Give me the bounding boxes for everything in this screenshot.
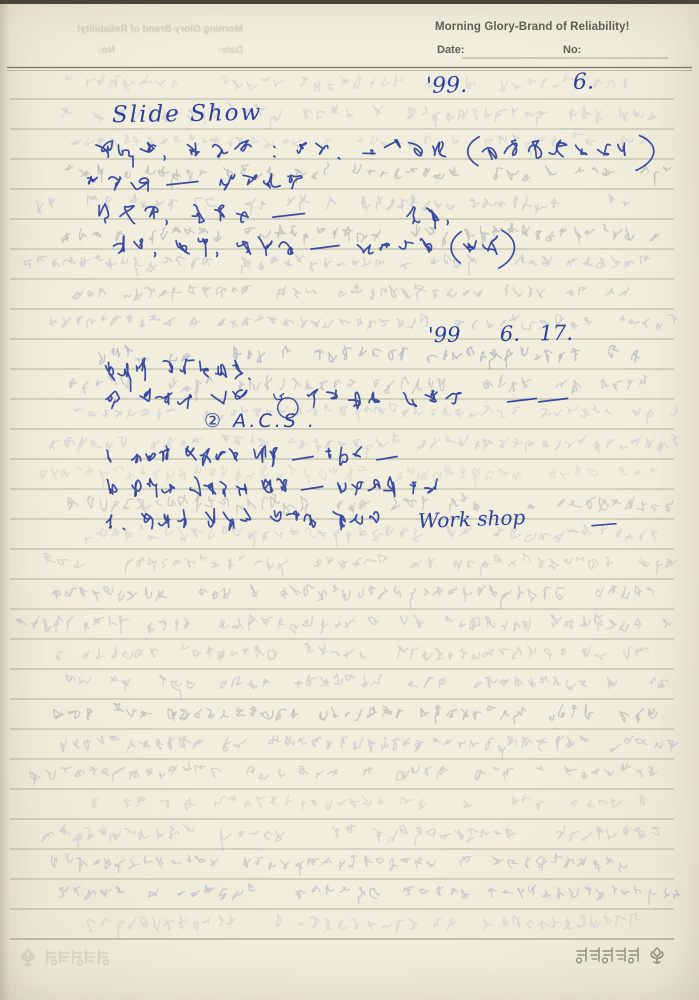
morning-glory-flower-icon — [651, 948, 663, 963]
date-label: Date: — [437, 44, 465, 56]
handwritten-date-1: '99. 6. 3. — [426, 68, 699, 98]
handwritten-title: Slide Show — [112, 102, 263, 128]
no-label: No: — [563, 44, 581, 56]
scan-edge-strip — [0, 0, 699, 4]
bleedthrough-no-label: No: — [98, 45, 115, 56]
bleedthrough-header: Morning Glory-Brand of Reliability! Date… — [28, 24, 243, 64]
handwritten-date-2: '99 6. 17. — [428, 323, 573, 347]
bleedthrough-brand-text: Morning Glory-Brand of Reliability! — [77, 24, 243, 35]
notebook-page: Morning Glory-Brand of Reliability! Date… — [0, 0, 699, 1000]
handwritten-acs-note: ② A.C.S . — [204, 412, 317, 431]
brand-logo — [576, 945, 671, 967]
handwritten-ink — [0, 0, 699, 1000]
bleedthrough-logo — [14, 947, 109, 969]
logo-wordmark — [577, 948, 638, 963]
bleedthrough-handwriting — [0, 0, 699, 1000]
page-left-shadow — [0, 0, 10, 1000]
brand-slogan: Morning Glory-Brand of Reliability! — [435, 21, 630, 33]
paper-vignette — [0, 0, 699, 1000]
handwritten-workshop-note: Work shop — [418, 507, 526, 531]
bleedthrough-date-label: Date: — [218, 45, 243, 56]
ruled-lines — [0, 0, 699, 1000]
